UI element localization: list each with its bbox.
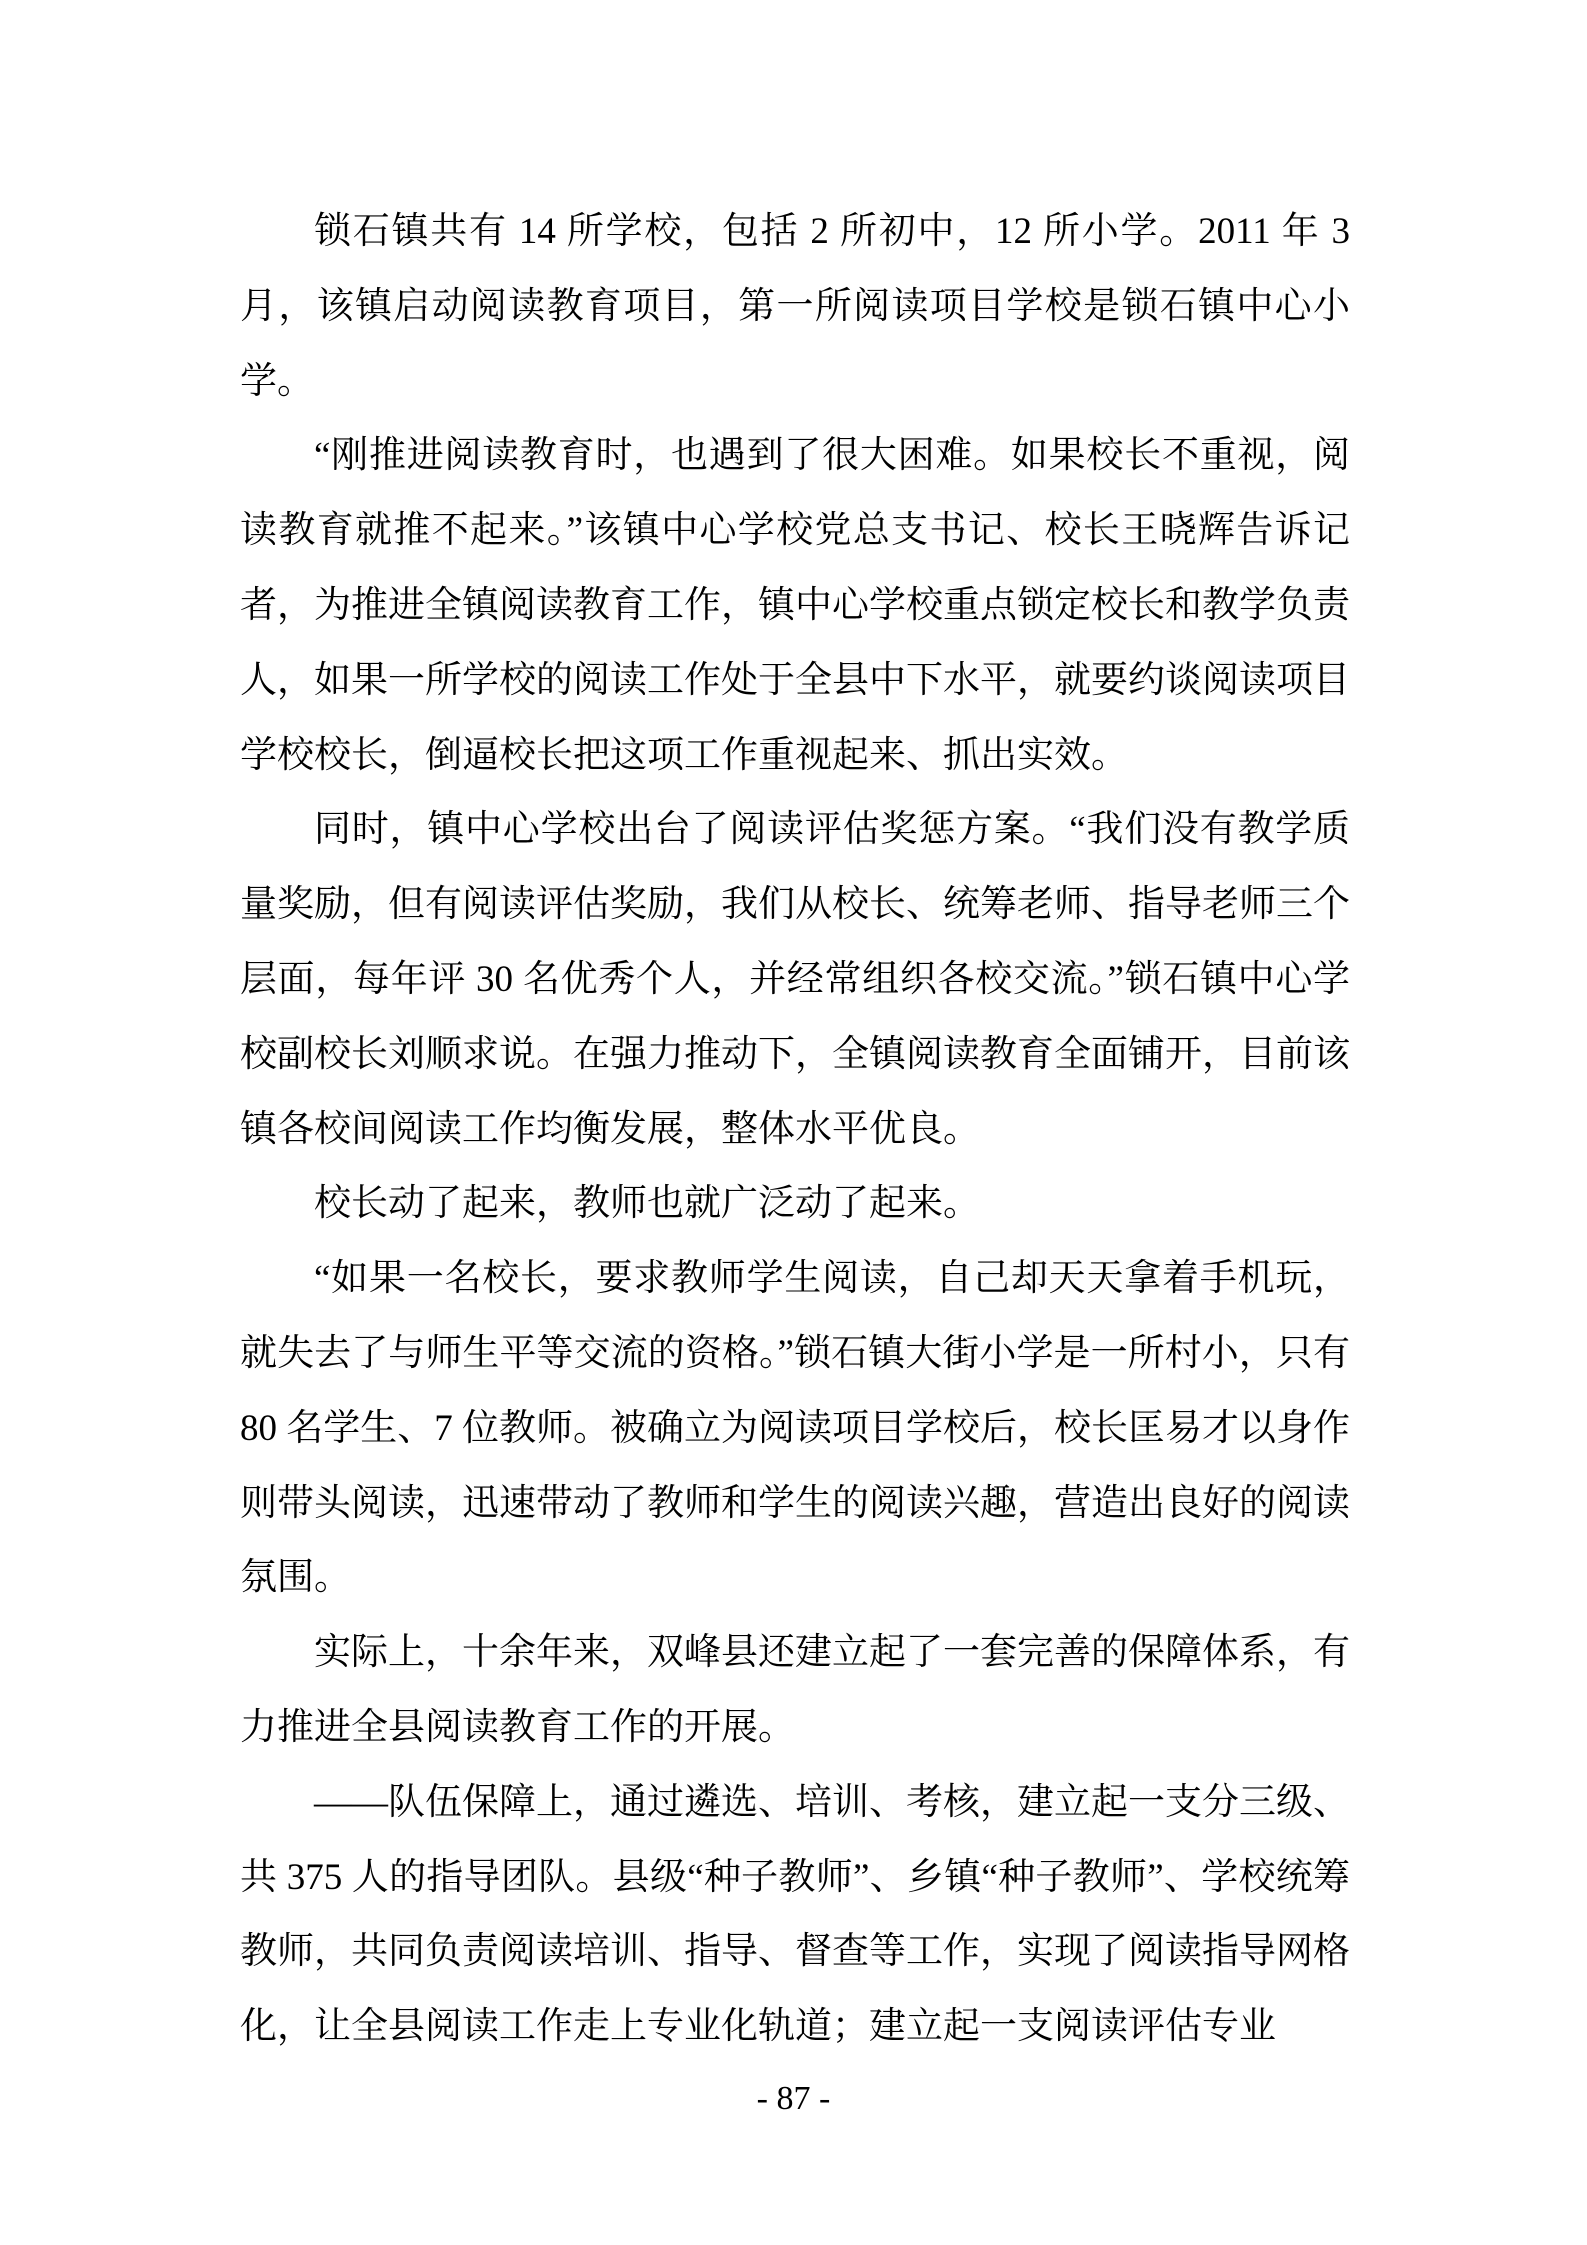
paragraph-3: 同时，镇中心学校出台了阅读评估奖惩方案。“我们没有教学质量奖励，但有阅读评估奖励… — [240, 793, 1350, 1167]
paragraph-1: 锁石镇共有 14 所学校，包括 2 所初中，12 所小学。2011 年 3 月，… — [240, 195, 1350, 419]
document-body: 锁石镇共有 14 所学校，包括 2 所初中，12 所小学。2011 年 3 月，… — [240, 195, 1350, 2065]
paragraph-6: 实际上，十余年来，双峰县还建立起了一套完善的保障体系，有力推进全县阅读教育工作的… — [240, 1616, 1350, 1766]
paragraph-2: “刚推进阅读教育时，也遇到了很大困难。如果校长不重视，阅读教育就推不起来。”该镇… — [240, 419, 1350, 793]
page-number: - 87 - — [0, 2078, 1587, 2120]
paragraph-4: 校长动了起来，教师也就广泛动了起来。 — [240, 1167, 1350, 1242]
paragraph-5: “如果一名校长，要求教师学生阅读，自己却天天拿着手机玩，就失去了与师生平等交流的… — [240, 1242, 1350, 1616]
document-page: 锁石镇共有 14 所学校，包括 2 所初中，12 所小学。2011 年 3 月，… — [0, 0, 1587, 2245]
paragraph-7: ——队伍保障上，通过遴选、培训、考核，建立起一支分三级、共 375 人的指导团队… — [240, 1766, 1350, 2065]
